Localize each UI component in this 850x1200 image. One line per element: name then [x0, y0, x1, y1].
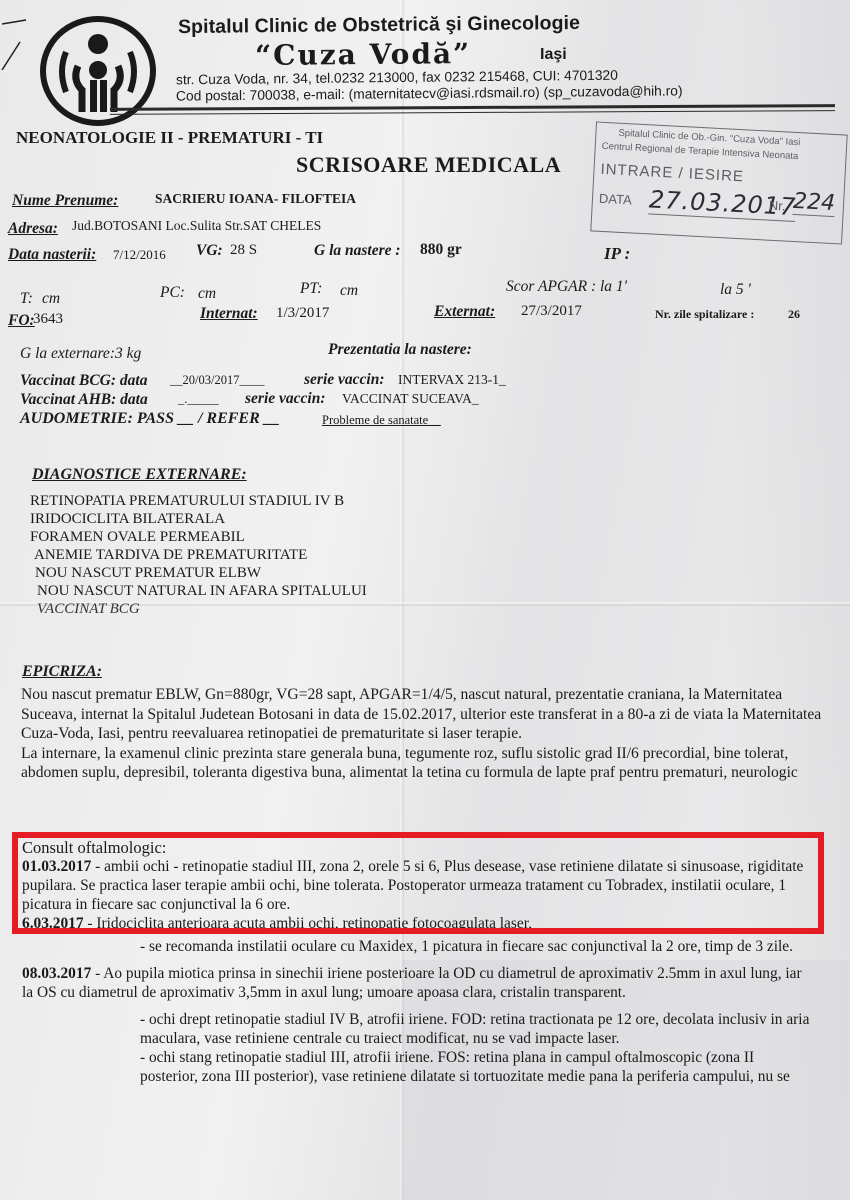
consult-entry: 08.03.2017 - Ao pupila miotica prinsa in… [22, 964, 812, 1002]
epicriza-paragraph: Nou nascut prematur EBLW, Gn=880gr, VG=2… [21, 685, 829, 744]
externat-label: Externat: [434, 303, 495, 321]
hospital-brand: “Cuza Vodă” [255, 37, 471, 72]
stamp-nr-label: Nr. [769, 198, 786, 214]
consult-entry-text: - Ao pupila miotica prinsa in sinechii i… [22, 965, 802, 1001]
registration-stamp: Spitalul Clinic de Ob.-Gin. "Cuza Voda" … [590, 121, 847, 244]
consult-entry-sub: - ochi stang retinopatie stadiul III, at… [22, 1048, 812, 1086]
pen-mark [0, 10, 30, 70]
bcg-series-label: serie vaccin: [304, 371, 384, 389]
diagnosis-item: NOU NASCUT NATURAL IN AFARA SPITALULUI [30, 582, 367, 600]
birth-weight-label: G la nastere : [314, 242, 401, 260]
ahb-label: Vaccinat AHB: data [20, 391, 148, 409]
birth-date: 7/12/2016 [113, 247, 166, 263]
audiometry-label: AUDOMETRIE: PASS __ / REFER __ [20, 410, 280, 428]
diagnosis-item: IRIDOCICLITA BILATERALA [30, 510, 367, 528]
fo-value: 3643 [33, 311, 63, 328]
birth-date-label: Data nasterii: [8, 246, 96, 264]
hospital-city: Iaşi [540, 46, 567, 64]
diagnosis-item: VACCINAT BCG [30, 600, 367, 618]
vg-value: 28 S [230, 242, 257, 259]
consult-entry-sub: - ochi drept retinopatie stadiul IV B, a… [22, 1010, 812, 1048]
header-rule-thin [110, 110, 835, 115]
diagnoses-title: DIAGNOSTICE EXTERNARE: [32, 466, 247, 484]
mother-child-logo-icon [36, 14, 160, 128]
presentation-label: Prezentatia la nastere: [328, 341, 472, 359]
address-label: Adresa: [8, 220, 58, 238]
internat-value: 1/3/2017 [276, 305, 329, 322]
epicriza-body: Nou nascut prematur EBLW, Gn=880gr, VG=2… [21, 685, 829, 789]
apgar-5-label: la 5 ' [720, 281, 751, 299]
fo-label: FO: [8, 312, 35, 330]
hospitalization-days: 26 [788, 307, 800, 322]
epicriza-title: EPICRIZA: [22, 663, 102, 681]
audiometry-value: Probleme de sanatate__ [322, 413, 441, 428]
discharge-weight-label: G la externare: [20, 345, 115, 363]
apgar-label: Scor APGAR : la 1' [506, 278, 627, 296]
consult-entry-date: 08.03.2017 [22, 965, 91, 982]
t-label: T: [20, 290, 33, 308]
internat-label: Internat: [200, 305, 258, 323]
consult-entry-sub: - se recomanda instilatii oculare cu Max… [22, 937, 812, 956]
pc-unit: cm [198, 285, 216, 303]
t-unit: cm [42, 290, 60, 308]
ahb-series-label: serie vaccin: [245, 390, 325, 408]
hospitalization-days-label: Nr. zile spitalizare : [655, 307, 754, 322]
bcg-date: __20/03/2017____ [170, 373, 264, 388]
ip-label: IP : [604, 244, 630, 264]
stamp-type: INTRARE / IESIRE [600, 161, 744, 185]
diagnosis-item: FORAMEN OVALE PERMEABIL [30, 528, 367, 546]
epicriza-paragraph: La internare, la examenul clinic prezint… [21, 744, 829, 783]
patient-address: Jud.BOTOSANI Loc.Sulita Str.SAT CHELES [72, 218, 321, 234]
diagnoses-list: RETINOPATIA PREMATURULUI STADIUL IV B IR… [30, 492, 367, 618]
stamp-nr-value: 224 [792, 189, 835, 217]
vg-label: VG: [196, 242, 223, 260]
diagnosis-item: RETINOPATIA PREMATURULUI STADIUL IV B [30, 492, 367, 510]
pt-label: PT: [300, 280, 322, 298]
hospital-name: Spitalul Clinic de Obstetrică şi Ginecol… [178, 12, 580, 39]
ahb-date: _._____ [178, 392, 219, 407]
diagnosis-item: ANEMIE TARDIVA DE PREMATURITATE [30, 546, 367, 564]
patient-name: SACRIERU IOANA- FILOFTEIA [155, 191, 356, 207]
birth-weight: 880 gr [420, 241, 462, 259]
stamp-date-label: DATA [599, 191, 632, 208]
bcg-series: INTERVAX 213-1_ [398, 372, 506, 388]
diagnosis-item: NOU NASCUT PREMATUR ELBW [30, 564, 367, 582]
highlight-box [12, 832, 824, 934]
ahb-series: VACCINAT SUCEAVA_ [342, 391, 479, 407]
externat-value: 27/3/2017 [521, 303, 582, 320]
discharge-weight: 3 kg [115, 345, 141, 363]
pc-label: PC: [160, 284, 185, 302]
department: NEONATOLOGIE II - PREMATURI - TI [16, 128, 323, 148]
name-label: Nume Prenume: [12, 192, 118, 210]
pt-unit: cm [340, 282, 358, 300]
document-title: SCRISOARE MEDICALA [296, 152, 561, 178]
bcg-label: Vaccinat BCG: data [20, 372, 147, 390]
